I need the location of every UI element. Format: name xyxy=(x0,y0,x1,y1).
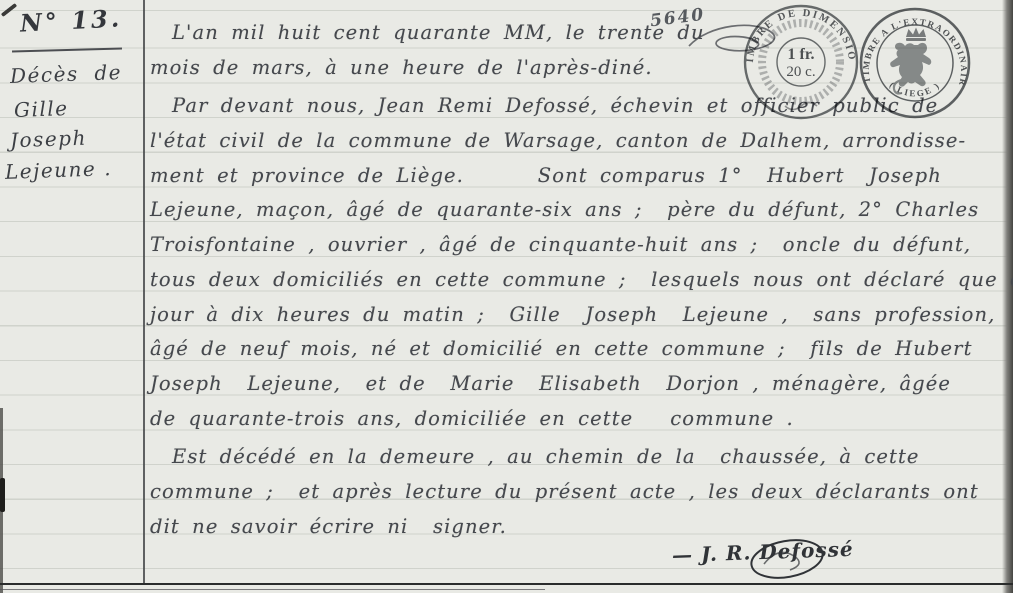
margin-line: Gille xyxy=(14,96,69,122)
margin-underline xyxy=(12,48,122,52)
stamp-value: 20 c. xyxy=(786,64,815,80)
margin-line: Lejeune . xyxy=(5,156,113,184)
body-line: Est décédé en la demeure , au chemin de … xyxy=(150,440,1007,475)
crown-icon xyxy=(906,28,926,42)
bottom-rule-line-secondary xyxy=(0,589,545,590)
act-number: N° 13. xyxy=(19,3,122,37)
scanned-death-record-page: N° 13. Décès de Gille Joseph Lejeune . L… xyxy=(0,0,1013,593)
margin-line: Joseph xyxy=(10,126,88,153)
body-line: Joseph Lejeune, et de Marie Elisabeth Do… xyxy=(150,367,1007,402)
body-line: âgé de neuf mois, né et domicilié en cet… xyxy=(150,332,1007,367)
body-line: de quarante-trois ans, domiciliée en cet… xyxy=(150,402,1007,437)
bottom-rule-line xyxy=(0,583,1013,585)
ink-blot xyxy=(0,478,5,512)
dimension-stamp: TIMBRE DE DIMENSION 1 fr. 20 c. xyxy=(741,2,861,122)
body-line: Troisfontaine , ouvrier , âgé de cinquan… xyxy=(150,228,1007,263)
body-line: Lejeune, maçon, âgé de quarante-six ans … xyxy=(150,193,1007,228)
body-line: commune ; et après lecture du présent ac… xyxy=(150,475,1007,510)
stamp-value: 1 fr. xyxy=(788,46,815,63)
body-line: ment et province de Liège. Sont comparus… xyxy=(150,159,1007,194)
signature-paraph-icon xyxy=(744,534,830,584)
margin-divider-line xyxy=(143,0,145,585)
body-line: jour à dix heures du matin ; Gille Josep… xyxy=(150,298,1007,333)
ink-corner-mark xyxy=(1,3,18,17)
margin-line: Décès de xyxy=(10,60,123,88)
extraordinaire-stamp: A TIMBRE A L'EXTRAORDINAIRE ( LIEGE ) xyxy=(856,4,974,122)
body-line: l'état civil de la commune de Warsage, c… xyxy=(150,124,1007,159)
body-line: dit ne savoir écrire ni signer. xyxy=(150,510,1007,545)
body-line: tous deux domiciliés en cette commune ; … xyxy=(150,263,1007,298)
